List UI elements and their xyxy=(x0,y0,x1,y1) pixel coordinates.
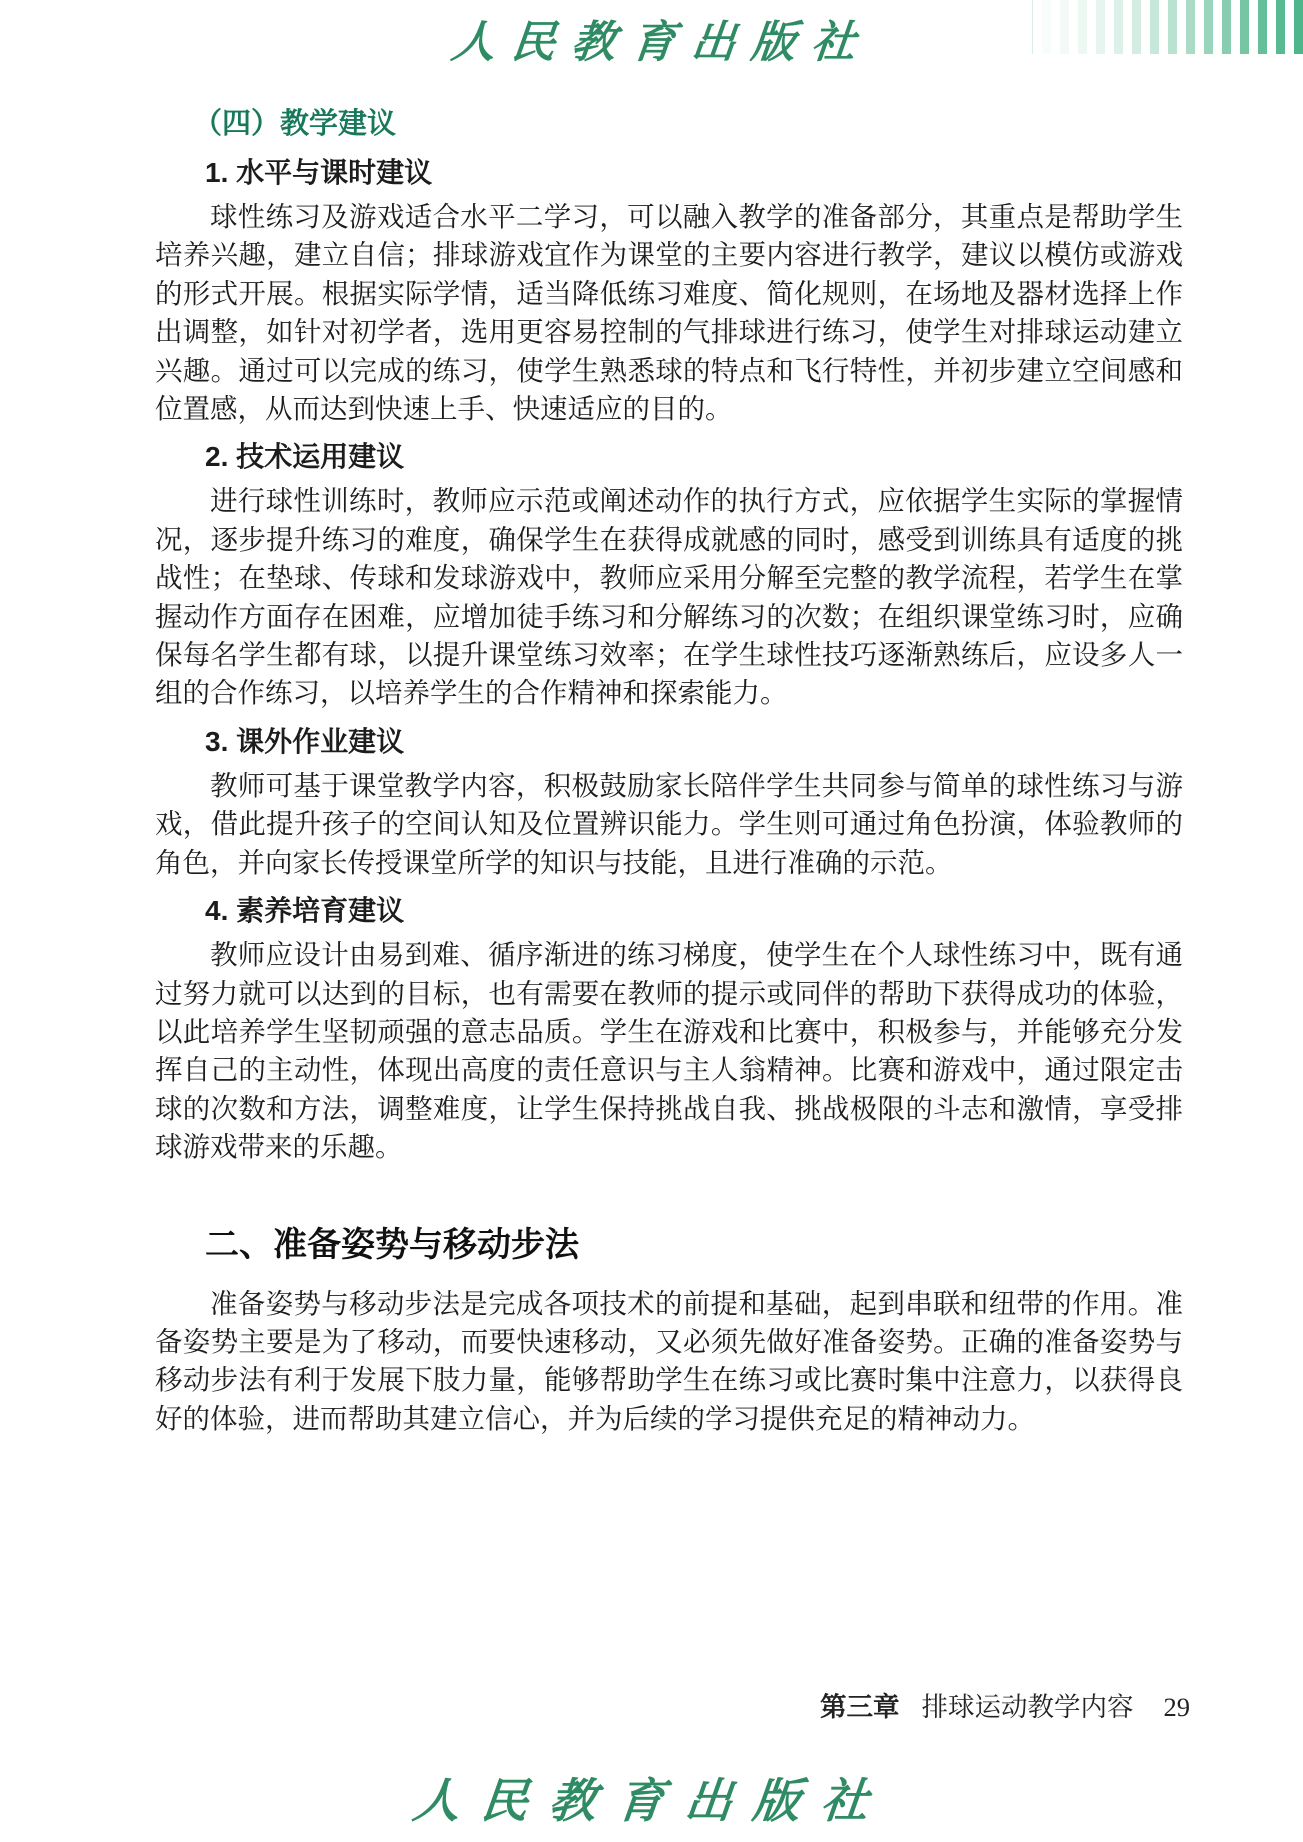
paragraph-1: 球性练习及游戏适合水平二学习，可以融入教学的准备部分，其重点是帮助学生培养兴趣，… xyxy=(155,198,1183,428)
footer-section-title: 排球运动教学内容 xyxy=(922,1692,1134,1722)
decorative-gradient-bars xyxy=(1032,0,1303,54)
sub-heading-1: 1. 水平与课时建议 xyxy=(205,153,1183,193)
paragraph-3: 教师可基于课堂教学内容，积极鼓励家长陪伴学生共同参与简单的球性练习与游戏，借此提… xyxy=(155,767,1183,882)
sub-heading-2: 2. 技术运用建议 xyxy=(205,437,1183,477)
footer-page-number: 29 xyxy=(1164,1692,1191,1722)
hairline-divider xyxy=(1032,0,1033,54)
page-footer: 第三章排球运动教学内容29 xyxy=(0,1690,1190,1724)
sub-heading-4: 4. 素养培育建议 xyxy=(205,891,1183,931)
sub-heading-3: 3. 课外作业建议 xyxy=(205,722,1183,762)
page-content: （四）教学建议 1. 水平与课时建议 球性练习及游戏适合水平二学习，可以融入教学… xyxy=(155,104,1183,1438)
paragraph-2: 进行球性训练时，教师应示范或阐述动作的执行方式，应依据学生实际的掌握情况，逐步提… xyxy=(155,482,1183,712)
section-heading-teaching-suggestions: （四）教学建议 xyxy=(193,104,1183,144)
paragraph-5: 准备姿势与移动步法是完成各项技术的前提和基础，起到串联和纽带的作用。准备姿势主要… xyxy=(155,1285,1183,1439)
publisher-logo-top: 人民教育出版社 xyxy=(449,6,876,70)
textbook-page: { "brand": { "header_logo_text": "人民教育出版… xyxy=(0,0,1303,1842)
part-heading-ready-posture: 二、准备姿势与移动步法 xyxy=(205,1223,1183,1267)
paragraph-4: 教师应设计由易到难、循序渐进的练习梯度，使学生在个人球性练习中，既有通过努力就可… xyxy=(155,936,1183,1166)
footer-chapter-label: 第三章 xyxy=(820,1692,900,1722)
publisher-logo-bottom: 人民教育出版社 xyxy=(0,1764,1303,1831)
